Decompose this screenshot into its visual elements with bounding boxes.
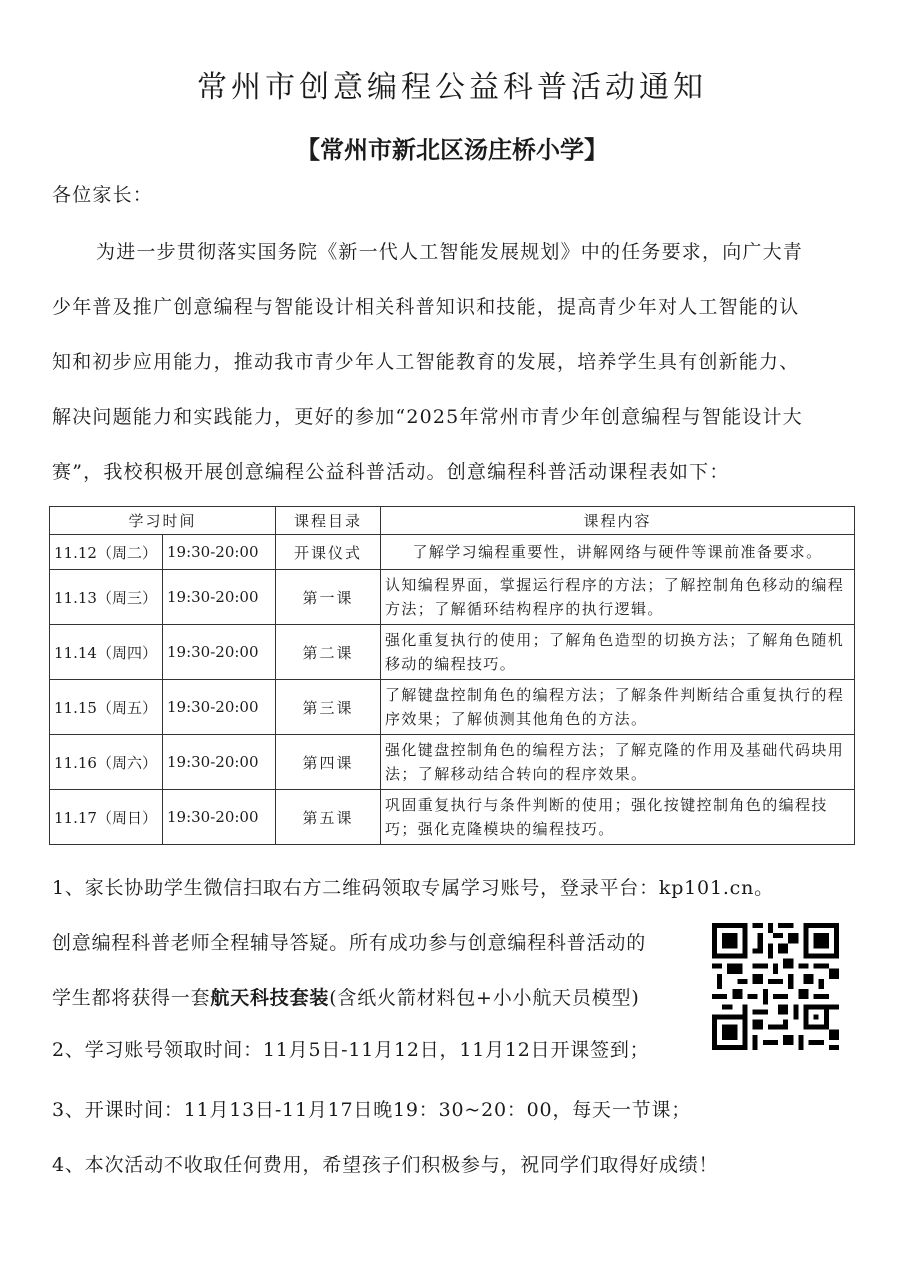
course-schedule-table: 学习时间 课程目录 课程内容 11.12（周二） 19:30-20:00 开课仪… [49,506,855,845]
row-time: 19:30-20:00 [163,625,276,680]
note-2: 2、学习账号领取时间：11月5日-11月12日，11月12日开课签到； [52,1035,649,1062]
table-row: 11.12（周二） 19:30-20:00 开课仪式 了解学习编程重要性，讲解网… [50,535,855,570]
table-header-row: 学习时间 课程目录 课程内容 [50,507,855,535]
row-time: 19:30-20:00 [163,680,276,735]
row-content: 强化键盘控制角色的编程方法；了解克隆的作用及基础代码块用法；了解移动结合转向的程… [381,735,855,790]
row-content: 了解学习编程重要性，讲解网络与硬件等课前准备要求。 [381,535,855,570]
header-lesson: 课程目录 [276,507,381,535]
intro-line-1: 为进一步贯彻落实国务院《新一代人工智能发展规划》中的任务要求，向广大青 [96,237,901,264]
table-row: 11.16（周六） 19:30-20:00 第四课 强化键盘控制角色的编程方法；… [50,735,855,790]
intro-line-4: 解决问题能力和实践能力，更好的参加“2025年常州市青少年创意编程与智能设计大 [52,402,857,429]
note-1-line-3: 学生都将获得一套航天科技套装(含纸火箭材料包+小小航天员模型) [52,983,640,1010]
row-lesson: 开课仪式 [276,535,381,570]
row-time: 19:30-20:00 [163,535,276,570]
note-3: 3、开课时间：11月13日-11月17日晚19：30~20：00，每天一节课； [52,1095,691,1122]
note-1-prefix: 学生都将获得一套 [52,987,210,1009]
header-content: 课程内容 [381,507,855,535]
row-lesson: 第一课 [276,570,381,625]
row-content: 巩固重复执行与条件判断的使用；强化按键控制角色的编程技巧；强化克隆模块的编程技巧… [381,790,855,845]
table-row: 11.14（周四） 19:30-20:00 第二课 强化重复执行的使用；了解角色… [50,625,855,680]
row-content: 认知编程界面，掌握运行程序的方法；了解控制角色移动的编程方法；了解循环结构程序的… [381,570,855,625]
qr-code-icon[interactable] [712,923,839,1050]
intro-line-2: 少年普及推广创意编程与智能设计相关科普知识和技能，提高青少年对人工智能的认 [52,292,857,319]
row-date: 11.12（周二） [50,535,163,570]
row-time: 19:30-20:00 [163,570,276,625]
row-lesson: 第四课 [276,735,381,790]
note-1: 1、家长协助学生微信扫取右方二维码领取专属学习账号，登录平台：kp101.cn。 [52,873,774,900]
row-date: 11.13（周三） [50,570,163,625]
row-lesson: 第三课 [276,680,381,735]
row-content: 强化重复执行的使用；了解角色造型的切换方法；了解角色随机移动的编程技巧。 [381,625,855,680]
table-row: 11.15（周五） 19:30-20:00 第三课 了解键盘控制角色的编程方法；… [50,680,855,735]
table-row: 11.13（周三） 19:30-20:00 第一课 认知编程界面，掌握运行程序的… [50,570,855,625]
row-time: 19:30-20:00 [163,735,276,790]
note-4: 4、本次活动不收取任何费用，希望孩子们积极参与，祝同学们取得好成绩！ [52,1150,718,1177]
note-1-line-2: 创意编程科普老师全程辅导答疑。所有成功参与创意编程科普活动的 [52,928,646,955]
notice-title: 常州市创意编程公益科普活动通知 [0,62,904,106]
row-lesson: 第五课 [276,790,381,845]
intro-line-5: 赛”，我校积极开展创意编程公益科普活动。创意编程科普活动课程表如下： [52,457,857,484]
row-date: 11.14（周四） [50,625,163,680]
reward-name: 航天科技套装 [210,987,329,1009]
row-lesson: 第二课 [276,625,381,680]
school-name: 【常州市新北区汤庄桥小学】 [0,130,904,165]
row-content: 了解键盘控制角色的编程方法；了解条件判断结合重复执行的程序效果；了解侦测其他角色… [381,680,855,735]
greeting: 各位家长： [52,180,857,207]
row-date: 11.17（周日） [50,790,163,845]
table-row: 11.17（周日） 19:30-20:00 第五课 巩固重复执行与条件判断的使用… [50,790,855,845]
row-date: 11.15（周五） [50,680,163,735]
row-time: 19:30-20:00 [163,790,276,845]
header-study-time: 学习时间 [50,507,276,535]
row-date: 11.16（周六） [50,735,163,790]
intro-line-3: 知和初步应用能力，推动我市青少年人工智能教育的发展，培养学生具有创新能力、 [52,347,857,374]
reward-details: (含纸火箭材料包+小小航天员模型) [329,987,639,1009]
